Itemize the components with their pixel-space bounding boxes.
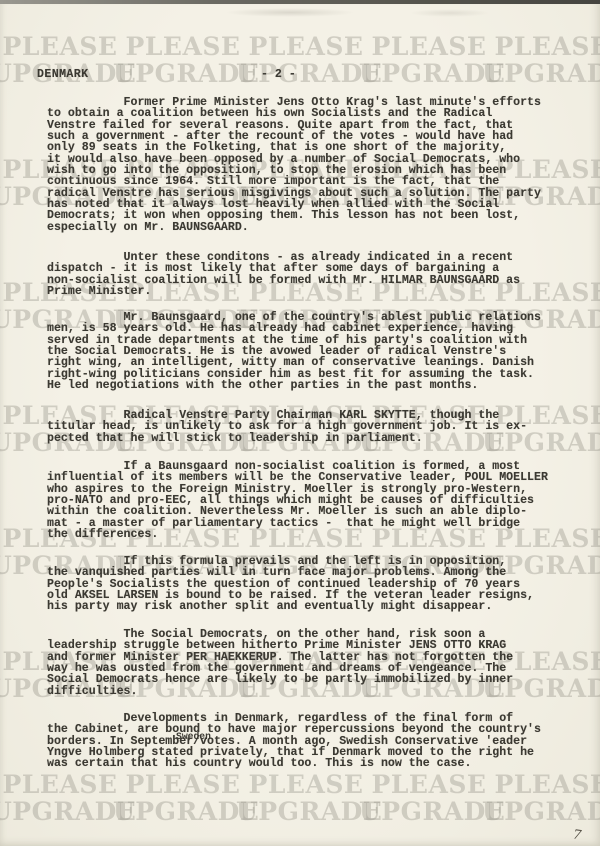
paragraph: Developments in Denmark, regardless of t… — [47, 713, 541, 770]
watermark-stamp: PLEASEUPGRADE — [359, 771, 499, 825]
paragraph: Former Prime Minister Jens Otto Krag's l… — [47, 97, 541, 233]
watermark-stamp: PLEASEUPGRADE — [113, 771, 253, 825]
watermark-stamp: PLEASEUPGRADE — [236, 33, 376, 87]
paragraph: If a Baunsgaard non-socialist coalition … — [47, 461, 548, 540]
scan-smudge — [410, 9, 490, 17]
typed-insertion-sweden: Sweden — [176, 731, 211, 742]
page-number: - 2 - — [261, 69, 296, 80]
paragraph: If this formula prevails and the left is… — [47, 556, 534, 613]
paragraph: Mr. Baunsgaard, one of the country's abl… — [47, 312, 541, 391]
scan-smudge — [225, 8, 355, 17]
watermark-stamp: PLEASEUPGRADE — [236, 771, 376, 825]
paragraph: Unter these conditons - as already indic… — [47, 252, 520, 297]
handwritten-page-mark: 7 — [572, 827, 582, 843]
watermark-stamp: PLEASEUPGRADE — [359, 33, 499, 87]
paragraph: Radical Venstre Party Chairman KARL SKYT… — [47, 410, 527, 444]
watermark-stamp: PLEASEUPGRADE — [482, 771, 600, 825]
section-title: DENMARK — [37, 69, 89, 80]
watermark-stamp: PLEASEUPGRADE — [113, 33, 253, 87]
document-page: PLEASEUPGRADEPLEASEUPGRADEPLEASEUPGRADEP… — [0, 0, 600, 846]
paragraph: The Social Democrats, on the other hand,… — [47, 629, 513, 697]
page-top-edge — [0, 0, 600, 4]
watermark-stamp: PLEASEUPGRADE — [0, 771, 130, 825]
watermark-stamp: PLEASEUPGRADE — [482, 33, 600, 87]
